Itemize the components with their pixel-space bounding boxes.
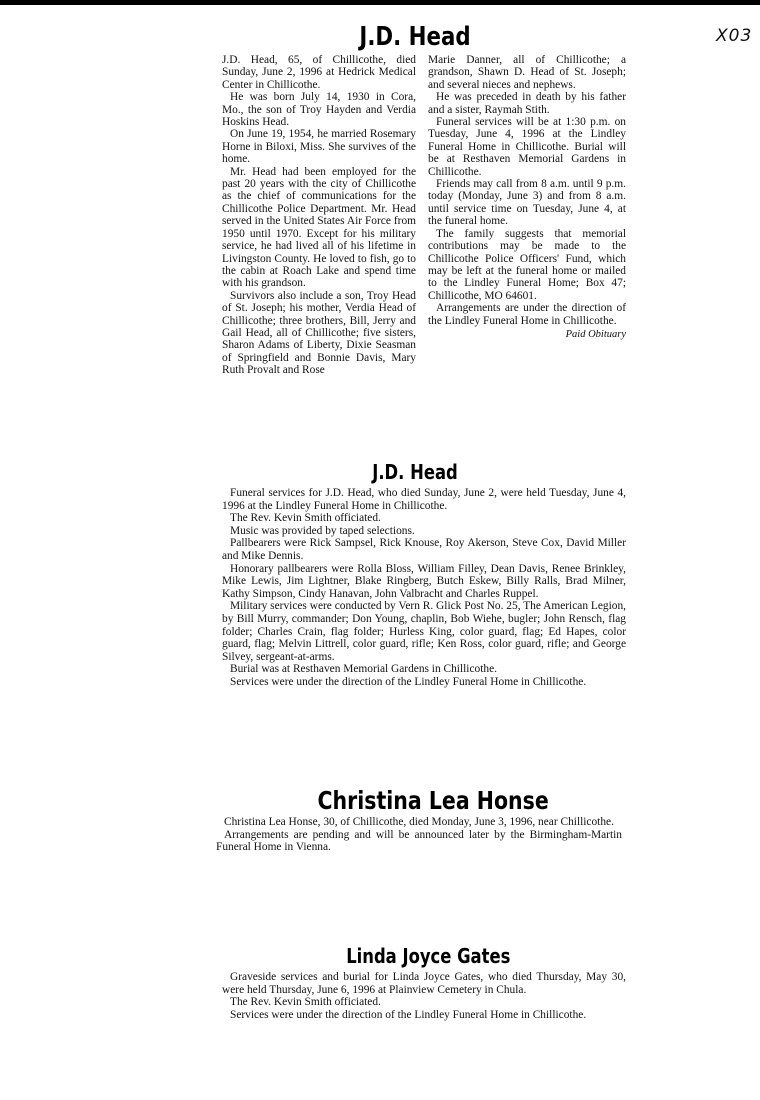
paragraph: Graveside services and burial for Linda … — [222, 971, 626, 996]
paragraph: Services were under the direction of the… — [222, 676, 626, 689]
paragraph: The family suggests that memorial contri… — [428, 228, 626, 302]
paragraph: On June 19, 1954, he married Rosemary Ho… — [222, 128, 416, 165]
paragraph: Survivors also include a son, Troy Head … — [222, 290, 416, 377]
paragraph: He was preceded in death by his father a… — [428, 91, 626, 116]
paragraph: Friends may call from 8 a.m. until 9 p.m… — [428, 178, 626, 228]
paragraph: Marie Danner, all of Chillicothe; a gran… — [428, 54, 626, 91]
paragraph: Military services were conducted by Vern… — [222, 600, 626, 663]
paragraph: Arrangements are pending and will be ann… — [216, 829, 622, 854]
paragraph: Arrangements are under the direction of … — [428, 302, 626, 327]
obituary-4-title: Linda Joyce Gates — [346, 944, 494, 968]
paragraph: Pallbearers were Rick Sampsel, Rick Knou… — [222, 537, 626, 562]
handwritten-page-mark: X03 — [716, 26, 752, 46]
paragraph: Music was provided by taped selections. — [222, 525, 626, 538]
paragraph: Services were under the direction of the… — [222, 1009, 626, 1022]
paragraph: Funeral services for J.D. Head, who died… — [222, 487, 626, 512]
paragraph: Burial was at Resthaven Memorial Gardens… — [222, 663, 626, 676]
obituary-1-right-column: Marie Danner, all of Chillicothe; a gran… — [428, 54, 626, 341]
obituary-3-body: Christina Lea Honse, 30, of Chillicothe,… — [216, 816, 622, 854]
paid-obituary-label: Paid Obituary — [428, 329, 626, 341]
scan-top-border — [0, 0, 760, 5]
paragraph: Mr. Head had been employed for the past … — [222, 166, 416, 290]
paragraph: The Rev. Kevin Smith officiated. — [222, 996, 626, 1009]
obituary-1-title: J.D. Head — [345, 22, 484, 52]
paragraph: Funeral services will be at 1:30 p.m. on… — [428, 116, 626, 178]
obituary-4-body: Graveside services and burial for Linda … — [222, 971, 626, 1021]
paragraph: The Rev. Kevin Smith officiated. — [222, 512, 626, 525]
obituary-2-body: Funeral services for J.D. Head, who died… — [222, 487, 626, 689]
obituary-3-title: Christina Lea Honse — [318, 786, 523, 815]
paragraph: Christina Lea Honse, 30, of Chillicothe,… — [216, 816, 622, 829]
paragraph: Honorary pallbearers were Rolla Bloss, W… — [222, 563, 626, 601]
paragraph: J.D. Head, 65, of Chillicothe, died Sund… — [222, 54, 416, 91]
obituary-2-title: J.D. Head — [358, 460, 473, 484]
paragraph: He was born July 14, 1930 in Cora, Mo., … — [222, 91, 416, 128]
obituary-1-left-column: J.D. Head, 65, of Chillicothe, died Sund… — [222, 54, 416, 377]
